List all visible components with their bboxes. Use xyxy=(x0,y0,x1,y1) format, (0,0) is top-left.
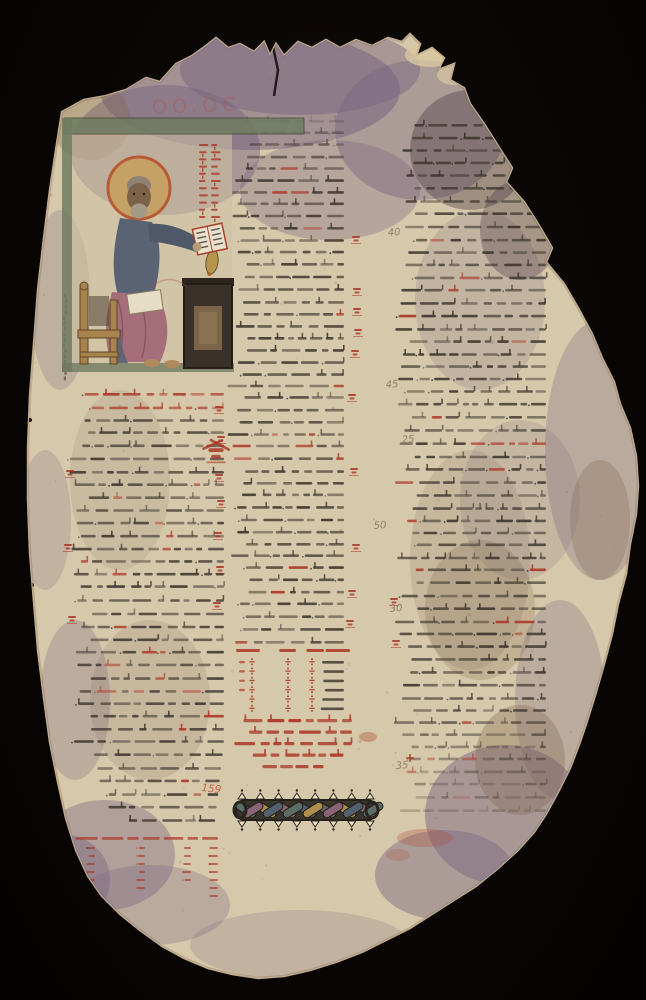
foot xyxy=(144,359,160,367)
pencil-numeral: 30 xyxy=(389,603,403,615)
beard xyxy=(131,204,148,219)
sewing-hole xyxy=(23,468,27,472)
pencil-numeral: 45 xyxy=(385,379,399,391)
writing-leaf xyxy=(127,290,163,315)
miniature-frame-left xyxy=(62,118,72,372)
faded-inscription: OO.OC xyxy=(152,94,241,119)
sewing-hole xyxy=(50,788,54,792)
foot xyxy=(164,360,180,368)
folio-number: 159 xyxy=(201,782,223,796)
pencil-numeral: 35 xyxy=(395,760,409,772)
sewing-hole xyxy=(31,253,35,257)
pencil-numeral: 40 xyxy=(387,227,401,239)
photo-background: Photograph of a torn parchment leaf from… xyxy=(0,0,646,1000)
pencil-numeral: 50 xyxy=(373,520,387,532)
manuscript-svg: Photograph of a torn parchment leaf from… xyxy=(0,0,646,1000)
hand xyxy=(193,243,202,252)
pencil-numeral: 25 xyxy=(401,434,415,446)
miniature-frame-top xyxy=(64,118,304,134)
sewing-hole xyxy=(38,688,42,692)
